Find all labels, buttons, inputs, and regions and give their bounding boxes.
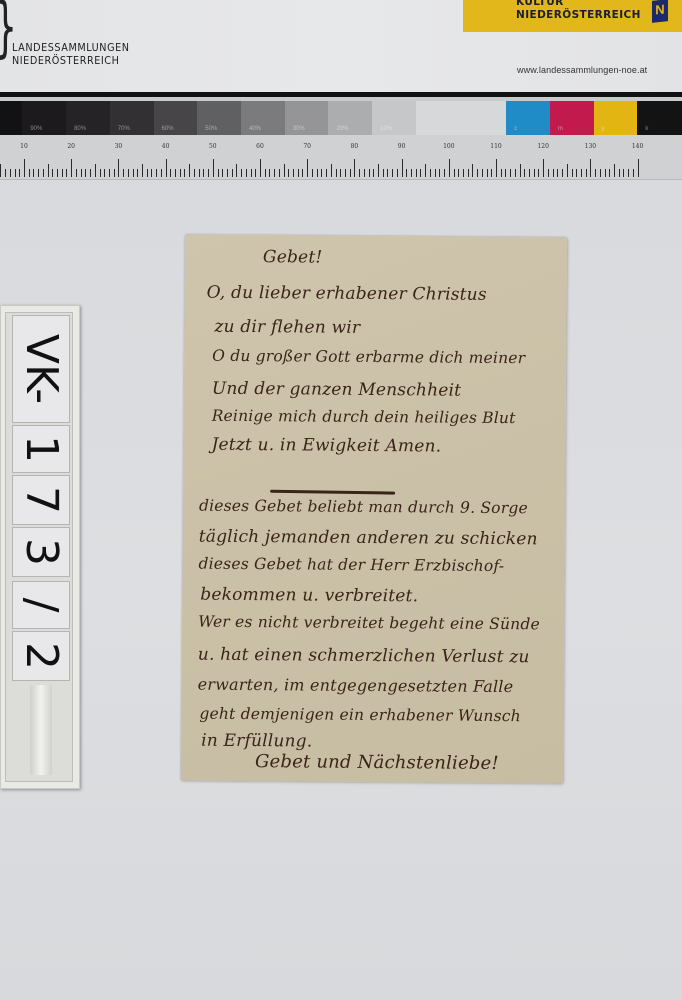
patch-label: 90% [30, 126, 42, 132]
sponsor-name: KULTUR NIEDERÖSTERREICH [516, 0, 641, 22]
document-line: zu dir flehen wir [214, 317, 360, 338]
document-line: Jetzt u. in Ewigkeit Amen. [211, 435, 441, 457]
ruler-label: 70 [303, 143, 311, 150]
ruler-tick [142, 164, 143, 177]
ruler-tick [392, 169, 393, 177]
ruler-tick [387, 169, 388, 177]
ruler-tick [255, 169, 256, 177]
patch-label: k [645, 126, 648, 132]
ruler-tick [274, 169, 275, 177]
label-tile-text: 1 [19, 435, 63, 463]
patch-label: c [514, 126, 517, 132]
gray-patch: 30% [285, 101, 329, 135]
sponsor-line-1: KULTUR [516, 0, 641, 9]
ruler-tick [548, 169, 549, 177]
ruler-tick [595, 169, 596, 177]
document-line: geht demjenigen ein erhabener Wunsch [199, 705, 521, 726]
ruler-tick [439, 169, 440, 177]
measurement-ruler: 102030405060708090100110120130140 [0, 135, 682, 180]
ruler-tick [364, 169, 365, 177]
label-tile: VK- [12, 315, 70, 423]
ruler-tick [359, 169, 360, 177]
ruler-tick [534, 169, 535, 177]
ruler-label: 120 [537, 143, 548, 150]
ruler-tick [463, 169, 464, 177]
document-line: täglich jemanden anderen zu schicken [199, 527, 538, 550]
gray-patch: 10% [372, 101, 416, 135]
inventory-label-holder: VK- 1 7 3 / 2 [0, 305, 80, 789]
label-tile: 7 [12, 475, 70, 525]
ruler-tick [619, 169, 620, 177]
ruler-tick [293, 169, 294, 177]
ruler-label: 50 [209, 143, 217, 150]
ruler-tick [317, 169, 318, 177]
patch-label: 40% [249, 126, 261, 132]
ruler-label: 140 [632, 143, 643, 150]
ruler-tick [444, 169, 445, 177]
ruler-tick [406, 169, 407, 177]
ruler-tick [5, 169, 6, 177]
patch-label: y [602, 126, 605, 132]
ruler-tick [501, 169, 502, 177]
ruler-tick [605, 169, 606, 177]
ruler-label: 30 [115, 143, 123, 150]
ruler-tick [118, 159, 119, 177]
pen-stroke-divider [270, 490, 395, 495]
patch-label: 10% [380, 126, 392, 132]
document-line: erwarten, im entgegengesetzten Falle [198, 675, 514, 696]
ruler-tick [505, 169, 506, 177]
ruler-tick [435, 169, 436, 177]
ruler-tick [302, 169, 303, 177]
ruler-tick [227, 169, 228, 177]
document-line: u. hat einen schmerzlichen Verlust zu [198, 645, 530, 668]
ruler-tick [133, 169, 134, 177]
ruler-tick [156, 169, 157, 177]
ruler-tick [24, 159, 25, 177]
ruler-tick [458, 169, 459, 177]
patch-label: 50% [205, 126, 217, 132]
ruler-tick [496, 159, 497, 177]
ruler-tick [62, 169, 63, 177]
ruler-tick [57, 169, 58, 177]
ruler-tick [487, 169, 488, 177]
ruler-tick [184, 169, 185, 177]
ruler-tick [199, 169, 200, 177]
label-tile: / [12, 581, 70, 629]
ruler-tick [203, 169, 204, 177]
label-holder-slot: VK- 1 7 3 / 2 [5, 312, 73, 782]
ruler-tick [326, 169, 327, 177]
ruler-label: 80 [351, 143, 359, 150]
ruler-tick [109, 169, 110, 177]
label-tile-text: / [19, 598, 63, 613]
ruler-tick [90, 169, 91, 177]
document-line: Reinige mich durch dein heiliges Blut [212, 407, 516, 427]
ruler-label: 110 [490, 143, 501, 150]
ruler-tick [213, 159, 214, 177]
ruler-tick [100, 169, 101, 177]
ruler-tick [284, 164, 285, 177]
patch-label: m [558, 126, 563, 132]
document-line: Gebet und Nächstenliebe! [255, 751, 499, 774]
gray-patch: 20% [328, 101, 372, 135]
ruler-tick [260, 159, 261, 177]
ruler-tick [425, 164, 426, 177]
ruler-tick [397, 169, 398, 177]
ruler-label: 130 [585, 143, 596, 150]
ruler-label: 90 [398, 143, 406, 150]
ruler-tick [123, 169, 124, 177]
ruler-tick [128, 169, 129, 177]
ruler-tick [208, 169, 209, 177]
ruler-tick [175, 169, 176, 177]
ruler-tick [48, 164, 49, 177]
ruler-tick [312, 169, 313, 177]
ruler-tick [19, 169, 20, 177]
ruler-tick [633, 169, 634, 177]
ruler-tick [236, 164, 237, 177]
ruler-tick [557, 169, 558, 177]
ruler-tick [553, 169, 554, 177]
label-tile-text: 2 [19, 642, 63, 670]
ruler-tick [336, 169, 337, 177]
ruler-tick [378, 164, 379, 177]
handwritten-prayer-card: Gebet! O, du lieber erhabener Christus z… [181, 235, 567, 784]
ruler-tick [510, 169, 511, 177]
ruler-tick [15, 169, 16, 177]
document-line: O du großer Gott erbarme dich meiner [212, 347, 525, 367]
ruler-tick [170, 169, 171, 177]
ruler-tick [614, 164, 615, 177]
ruler-tick [581, 169, 582, 177]
ruler-tick [623, 169, 624, 177]
ruler-tick [430, 169, 431, 177]
ruler-label: 10 [20, 143, 28, 150]
ruler-tick [600, 169, 601, 177]
ruler-tick [81, 169, 82, 177]
ruler-tick [590, 159, 591, 177]
ruler-tick [269, 169, 270, 177]
label-tile: 2 [12, 631, 70, 681]
ruler-tick [472, 164, 473, 177]
ruler-tick [279, 169, 280, 177]
ruler-tick [567, 164, 568, 177]
gray-patch: 90% [22, 101, 66, 135]
ruler-tick [180, 169, 181, 177]
ruler-tick [298, 169, 299, 177]
institution-name: LANDESSAMMLUNGEN NIEDERÖSTERREICH [12, 42, 130, 68]
ruler-tick [189, 164, 190, 177]
ruler-tick [562, 169, 563, 177]
ruler-tick [529, 169, 530, 177]
ruler-tick [161, 169, 162, 177]
ruler-tick [477, 169, 478, 177]
ruler-tick [482, 169, 483, 177]
ruler-tick [38, 169, 39, 177]
patch-label: 60% [162, 126, 174, 132]
document-line: O, du lieber erhabener Christus [207, 283, 487, 305]
ruler-tick [449, 159, 450, 177]
ruler-tick [232, 169, 233, 177]
gray-patch: 70% [110, 101, 154, 135]
ruler-tick [307, 159, 308, 177]
gray-patch: 50% [197, 101, 241, 135]
ruler-tick [586, 169, 587, 177]
website-url: www.landessammlungen-noe.at [517, 65, 647, 75]
gray-patch: 80% [66, 101, 110, 135]
ruler-tick [66, 169, 67, 177]
document-line: in Erfüllung. [201, 731, 312, 752]
ruler-tick [543, 159, 544, 177]
ruler-tick [114, 169, 115, 177]
ruler-tick [454, 169, 455, 177]
label-tile: 3 [12, 527, 70, 577]
ruler-tick [104, 169, 105, 177]
ruler-tick [166, 159, 167, 177]
ruler-tick [151, 169, 152, 177]
gray-patch: 60% [154, 101, 198, 135]
label-tile-text: 3 [19, 538, 63, 566]
ruler-tick [147, 169, 148, 177]
ruler-tick [241, 169, 242, 177]
cmyk-patch: y [594, 101, 638, 135]
ruler-label: 60 [256, 143, 264, 150]
ruler-tick [137, 169, 138, 177]
ruler-label: 100 [443, 143, 454, 150]
ruler-tick [354, 159, 355, 177]
ruler-tick [218, 169, 219, 177]
ruler-label: 40 [162, 143, 170, 150]
cmyk-patch: m [550, 101, 594, 135]
sponsor-banner: KULTUR NIEDERÖSTERREICH N [463, 0, 682, 32]
ruler-tick [71, 159, 72, 177]
ruler-tick [345, 169, 346, 177]
sponsor-line-2: NIEDERÖSTERREICH [516, 9, 641, 22]
ruler-tick [416, 169, 417, 177]
ruler-tick [10, 169, 11, 177]
ruler-tick [76, 169, 77, 177]
holder-tube [30, 685, 52, 775]
label-tile: 1 [12, 425, 70, 473]
ruler-tick [402, 159, 403, 177]
ruler-tick [383, 169, 384, 177]
patch-label: 70% [118, 126, 130, 132]
patch-label: 80% [74, 126, 86, 132]
ruler-tick [609, 169, 610, 177]
ruler-tick [194, 169, 195, 177]
ruler-tick [520, 164, 521, 177]
ruler-tick [515, 169, 516, 177]
ruler-tick [491, 169, 492, 177]
document-line: bekommen u. verbreitet. [200, 585, 418, 607]
label-tile-text: 7 [19, 486, 63, 514]
ruler-tick [628, 169, 629, 177]
document-line: Gebet! [263, 247, 323, 267]
ruler-tick [251, 169, 252, 177]
ruler-tick [43, 169, 44, 177]
institution-line-1: LANDESSAMMLUNGEN [12, 42, 130, 55]
document-line: Wer es nicht verbreitet begeht eine Sünd… [198, 613, 540, 634]
institution-line-2: NIEDERÖSTERREICH [12, 55, 130, 68]
gray-patch [0, 101, 22, 135]
noe-logo-icon: N [652, 0, 668, 23]
ruler-tick [538, 169, 539, 177]
ruler-tick [576, 169, 577, 177]
ruler-tick [222, 169, 223, 177]
cmyk-patch: k [637, 101, 682, 135]
header-band: } LANDESSAMMLUNGEN NIEDERÖSTERREICH KULT… [0, 0, 682, 92]
patch-label: 30% [293, 126, 305, 132]
ruler-tick [85, 169, 86, 177]
color-calibration-strip: 90%80%70%60%50%40%30%20%10%cmyk [0, 101, 682, 135]
ruler-tick [572, 169, 573, 177]
ruler-tick [420, 169, 421, 177]
ruler-tick [321, 169, 322, 177]
ruler-tick [524, 169, 525, 177]
ruler-tick [350, 169, 351, 177]
ruler-tick [340, 169, 341, 177]
gray-patch [416, 101, 506, 135]
document-line: Und der ganzen Menschheit [212, 379, 461, 401]
ruler-tick [468, 169, 469, 177]
cmyk-patch: c [506, 101, 550, 135]
ruler-tick [33, 169, 34, 177]
gray-patch: 40% [241, 101, 285, 135]
ruler-tick [369, 169, 370, 177]
ruler-tick [288, 169, 289, 177]
ruler-tick [265, 169, 266, 177]
ruler-tick [638, 159, 639, 177]
label-tile-text: VK- [19, 334, 63, 404]
document-line: dieses Gebet beliebt man durch 9. Sorge [199, 497, 528, 518]
ruler-tick [29, 169, 30, 177]
ruler-tick [52, 169, 53, 177]
ruler-tick [95, 164, 96, 177]
patch-label: 20% [336, 126, 348, 132]
ruler-label: 20 [67, 143, 75, 150]
document-line: dieses Gebet hat der Herr Erzbischof- [198, 555, 504, 575]
ruler-tick [411, 169, 412, 177]
ruler-tick [373, 169, 374, 177]
ruler-tick [0, 164, 1, 177]
ruler-tick [331, 164, 332, 177]
ruler-tick [246, 169, 247, 177]
